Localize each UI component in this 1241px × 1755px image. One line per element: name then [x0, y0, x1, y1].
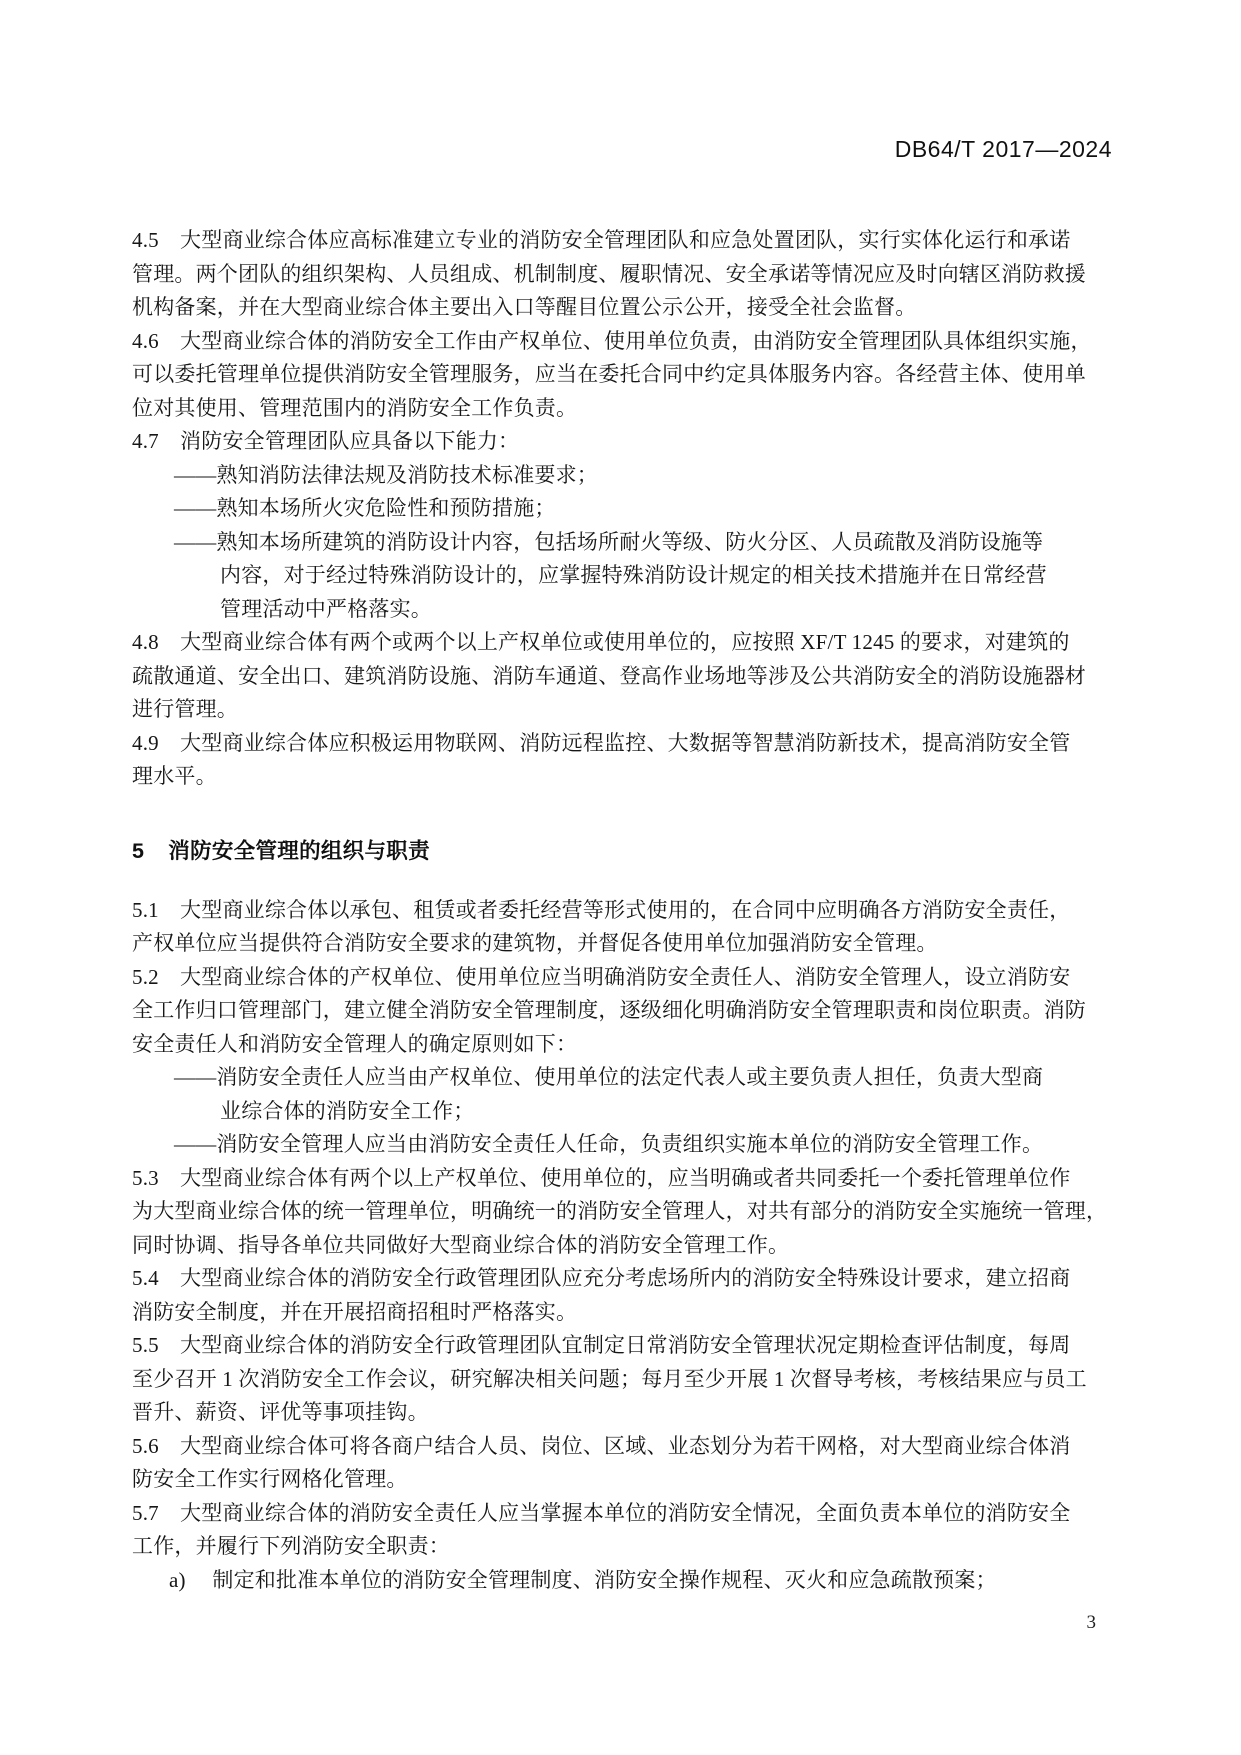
text-line: 5.2 大型商业综合体的产权单位、使用单位应当明确消防安全责任人、消防安全管理人… — [132, 961, 1122, 995]
document-body: 4.5 大型商业综合体应高标准建立专业的消防安全管理团队和应急处置团队，实行实体… — [132, 224, 1122, 1597]
clause-5-5: 5.5 大型商业综合体的消防安全行政管理团队宜制定日常消防安全管理状况定期检查评… — [132, 1329, 1122, 1430]
text-line: 5.4 大型商业综合体的消防安全行政管理团队应充分考虑场所内的消防安全特殊设计要… — [132, 1262, 1122, 1296]
text-line: 4.5 大型商业综合体应高标准建立专业的消防安全管理团队和应急处置团队，实行实体… — [132, 224, 1122, 258]
text-line: 疏散通道、安全出口、建筑消防设施、消防车通道、登高作业场地等涉及公共消防安全的消… — [132, 660, 1122, 694]
clause-4-9: 4.9 大型商业综合体应积极运用物联网、消防远程监控、大数据等智慧消防新技术，提… — [132, 727, 1122, 794]
text-line: 管理。两个团队的组织架构、人员组成、机制制度、履职情况、安全承诺等情况应及时向辖… — [132, 258, 1122, 292]
clause-4-5: 4.5 大型商业综合体应高标准建立专业的消防安全管理团队和应急处置团队，实行实体… — [132, 224, 1122, 325]
dash-list-item-continuation: 管理活动中严格落实。 — [132, 593, 1122, 627]
dash-list-item: ——熟知本场所火灾危险性和预防措施； — [132, 492, 1122, 526]
dash-list-item: ——消防安全管理人应当由消防安全责任人任命，负责组织实施本单位的消防安全管理工作… — [132, 1128, 1122, 1162]
text-line: 理水平。 — [132, 760, 1122, 794]
clause-5-4: 5.4 大型商业综合体的消防安全行政管理团队应充分考虑场所内的消防安全特殊设计要… — [132, 1262, 1122, 1329]
dash-list-item: ——熟知消防法律法规及消防技术标准要求； — [132, 459, 1122, 493]
text-line: 产权单位应当提供符合消防安全要求的建筑物，并督促各使用单位加强消防安全管理。 — [132, 927, 1122, 961]
text-line: 位对其使用、管理范围内的消防安全工作负责。 — [132, 392, 1122, 426]
dash-list-item: ——熟知本场所建筑的消防设计内容，包括场所耐火等级、防火分区、人员疏散及消防设施… — [132, 526, 1122, 560]
text-line: 晋升、薪资、评优等事项挂钩。 — [132, 1396, 1122, 1430]
dash-list-item: ——消防安全责任人应当由产权单位、使用单位的法定代表人或主要负责人担任，负责大型… — [132, 1061, 1122, 1095]
text-line: 5.7 大型商业综合体的消防安全责任人应当掌握本单位的消防安全情况，全面负责本单… — [132, 1497, 1122, 1531]
text-line: 4.7 消防安全管理团队应具备以下能力： — [132, 425, 1122, 459]
text-line: 消防安全制度，并在开展招商招租时严格落实。 — [132, 1296, 1122, 1330]
document-page: DB64/T 2017—2024 4.5 大型商业综合体应高标准建立专业的消防安… — [0, 0, 1241, 1755]
text-line: 可以委托管理单位提供消防安全管理服务，应当在委托合同中约定具体服务内容。各经营主… — [132, 358, 1122, 392]
text-line: 4.9 大型商业综合体应积极运用物联网、消防远程监控、大数据等智慧消防新技术，提… — [132, 727, 1122, 761]
text-line: 进行管理。 — [132, 693, 1122, 727]
lettered-list-item: a) 制定和批准本单位的消防安全管理制度、消防安全操作规程、灭火和应急疏散预案； — [132, 1564, 1122, 1598]
text-line: 同时协调、指导各单位共同做好大型商业综合体的消防安全管理工作。 — [132, 1229, 1122, 1263]
clause-4-7: 4.7 消防安全管理团队应具备以下能力： ——熟知消防法律法规及消防技术标准要求… — [132, 425, 1122, 626]
text-line: 4.6 大型商业综合体的消防安全工作由产权单位、使用单位负责，由消防安全管理团队… — [132, 325, 1122, 359]
clause-5-2: 5.2 大型商业综合体的产权单位、使用单位应当明确消防安全责任人、消防安全管理人… — [132, 961, 1122, 1162]
text-line: 安全责任人和消防安全管理人的确定原则如下： — [132, 1028, 1122, 1062]
clause-4-8: 4.8 大型商业综合体有两个或两个以上产权单位或使用单位的，应按照 XF/T 1… — [132, 626, 1122, 727]
text-line: 至少召开 1 次消防安全工作会议，研究解决相关问题；每月至少开展 1 次督导考核… — [132, 1363, 1122, 1397]
text-line: 5.1 大型商业综合体以承包、租赁或者委托经营等形式使用的，在合同中应明确各方消… — [132, 894, 1122, 928]
page-number: 3 — [1087, 1612, 1097, 1634]
text-line: 防安全工作实行网格化管理。 — [132, 1463, 1122, 1497]
text-line: 5.5 大型商业综合体的消防安全行政管理团队宜制定日常消防安全管理状况定期检查评… — [132, 1329, 1122, 1363]
clause-4-6: 4.6 大型商业综合体的消防安全工作由产权单位、使用单位负责，由消防安全管理团队… — [132, 325, 1122, 426]
text-line: 全工作归口管理部门，建立健全消防安全管理制度，逐级细化明确消防安全管理职责和岗位… — [132, 994, 1122, 1028]
section-number: 5 — [132, 839, 144, 863]
clause-5-7: 5.7 大型商业综合体的消防安全责任人应当掌握本单位的消防安全情况，全面负责本单… — [132, 1497, 1122, 1598]
text-line: 工作，并履行下列消防安全职责： — [132, 1530, 1122, 1564]
clause-5-6: 5.6 大型商业综合体可将各商户结合人员、岗位、区域、业态划分为若干网格，对大型… — [132, 1430, 1122, 1497]
text-line: 为大型商业综合体的统一管理单位，明确统一的消防安全管理人，对共有部分的消防安全实… — [132, 1195, 1122, 1229]
section-title: 消防安全管理的组织与职责 — [168, 839, 430, 863]
text-line: 5.3 大型商业综合体有两个以上产权单位、使用单位的，应当明确或者共同委托一个委… — [132, 1162, 1122, 1196]
text-line: 机构备案，并在大型商业综合体主要出入口等醒目位置公示公开，接受全社会监督。 — [132, 291, 1122, 325]
section-5-heading: 5消防安全管理的组织与职责 — [132, 834, 1122, 868]
text-line: 5.6 大型商业综合体可将各商户结合人员、岗位、区域、业态划分为若干网格，对大型… — [132, 1430, 1122, 1464]
dash-list-item-continuation: 业综合体的消防安全工作； — [132, 1095, 1122, 1129]
clause-5-1: 5.1 大型商业综合体以承包、租赁或者委托经营等形式使用的，在合同中应明确各方消… — [132, 894, 1122, 961]
clause-5-3: 5.3 大型商业综合体有两个以上产权单位、使用单位的，应当明确或者共同委托一个委… — [132, 1162, 1122, 1263]
dash-list-item-continuation: 内容，对于经过特殊消防设计的，应掌握特殊消防设计规定的相关技术措施并在日常经营 — [132, 559, 1122, 593]
standard-code: DB64/T 2017—2024 — [895, 136, 1112, 163]
text-line: 4.8 大型商业综合体有两个或两个以上产权单位或使用单位的，应按照 XF/T 1… — [132, 626, 1122, 660]
